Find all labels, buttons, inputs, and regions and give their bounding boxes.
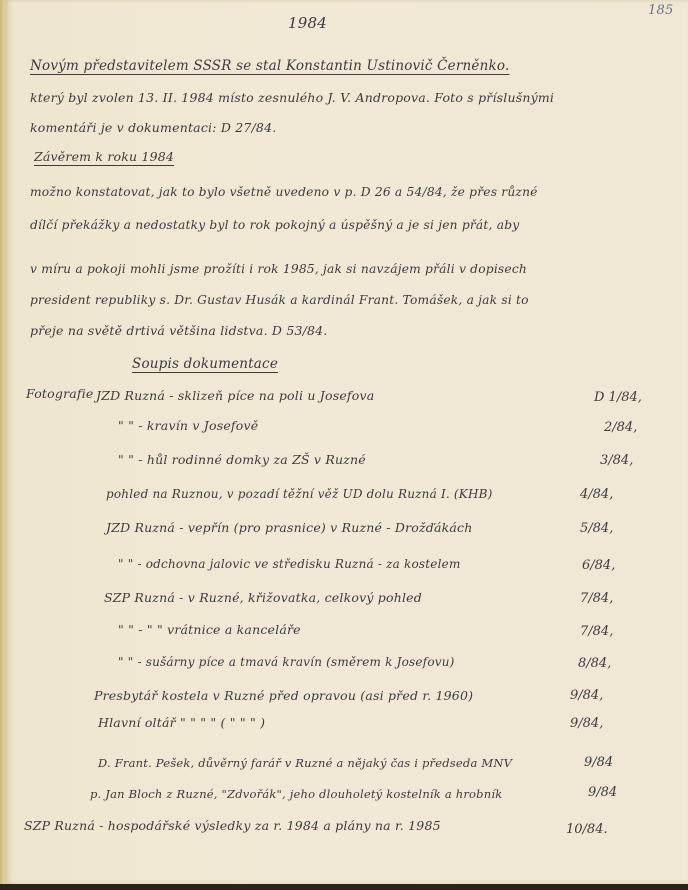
list-item: SZP Ruzná - v Ruzné, křižovatka, celkový… [104, 590, 422, 605]
page-number: 185 [648, 3, 673, 18]
paragraph-line: v míru a pokoji mohli jsme prožíti i rok… [30, 261, 527, 276]
section-heading-conclusion: Závěrem k roku 1984 [34, 149, 174, 164]
section-heading-new-leader: Novým představitelem SSSR se stal Konsta… [30, 58, 509, 74]
item-reference: 4/84, [580, 487, 613, 502]
item-reference: 10/84. [566, 822, 608, 837]
list-item: D. Frant. Pešek, důvěrný farář v Ruzné a… [98, 756, 512, 770]
item-reference: 9/84, [570, 716, 603, 731]
item-reference: 8/84, [578, 656, 611, 671]
list-item: " " - sušárny píce a tmavá kravín (směre… [118, 655, 455, 669]
year-heading: 1984 [288, 14, 327, 32]
list-item: " " - kravín v Josefově [118, 418, 258, 433]
paragraph-line: dílčí překážky a nedostatky byl to rok p… [30, 217, 519, 232]
list-item: Presbytář kostela v Ruzné před opravou (… [94, 688, 473, 703]
paragraph-line: přeje na světě drtivá většina lidstva. D… [30, 323, 328, 338]
category-label-photos: Fotografie [26, 386, 94, 401]
item-reference: 9/84, [570, 688, 603, 703]
list-item: " " - odchovna jalovic ve středisku Ruzn… [118, 557, 461, 571]
paragraph-line: který byl zvolen 13. II. 1984 místo zesn… [30, 90, 554, 105]
handwritten-chronicle-page: 185 1984 Novým představitelem SSSR se st… [4, 0, 688, 884]
item-reference: 3/84, [600, 453, 633, 468]
list-item: JZD Ruzná - sklizeň píce na poli u Josef… [96, 388, 374, 403]
paragraph-line: možno konstatovat, jak to bylo všetně uv… [30, 184, 538, 199]
item-reference: 2/84, [604, 420, 637, 435]
list-item: JZD Ruzná - vepřín (pro prasnice) v Ruzn… [106, 520, 473, 535]
item-reference: 7/84, [580, 624, 613, 639]
list-item: p. Jan Bloch z Ruzné, "Zdvořák", jeho dl… [90, 787, 502, 801]
list-item: Hlavní oltář " " " " ( " " " ) [98, 715, 265, 730]
item-reference: 6/84, [582, 558, 615, 573]
item-reference: 9/84 [588, 785, 617, 800]
list-item: " " - " " vrátnice a kanceláře [118, 622, 301, 637]
item-reference: D 1/84, [594, 390, 642, 405]
page-bottom-shadow [0, 884, 688, 890]
list-item: pohled na Ruznou, v pozadí těžní věž UD … [106, 487, 493, 501]
item-reference: 7/84, [580, 591, 613, 606]
paragraph-line: president republiky s. Dr. Gustav Husák … [30, 292, 529, 307]
list-item: " " - hůl rodinné domky za ZŠ v Ruzné [118, 452, 366, 467]
list-item: SZP Ruzná - hospodářské výsledky za r. 1… [24, 818, 441, 833]
page-binding-edge [0, 0, 5, 884]
item-reference: 5/84, [580, 521, 613, 536]
documentation-heading: Soupis dokumentace [132, 356, 278, 372]
paragraph-line: komentáři je v dokumentaci: D 27/84. [30, 120, 276, 135]
item-reference: 9/84 [584, 755, 613, 770]
